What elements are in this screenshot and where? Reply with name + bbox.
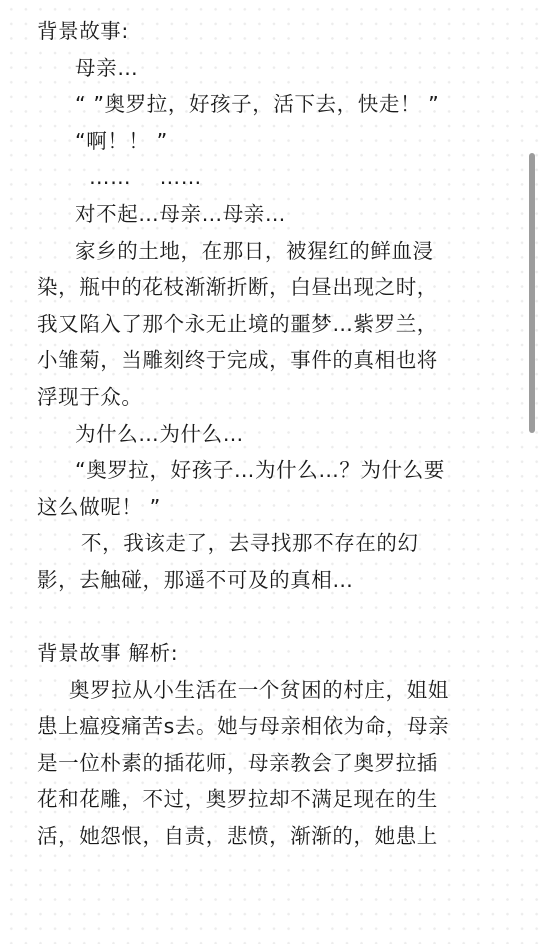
story-line: 我又陷入了那个永无止境的噩梦…紫罗兰， — [37, 306, 489, 343]
story-line: “ ”奥罗拉，好孩子，活下去，快走！ ” — [37, 86, 489, 123]
analysis-line: 奥罗拉从小生活在一个贫困的村庄，姐姐 — [37, 672, 489, 709]
story-line: “啊！！ ” — [37, 123, 489, 160]
story-line: 影，去触碰，那遥不可及的真相… — [37, 562, 489, 599]
story-line: 小雏菊，当雕刻终于完成，事件的真相也将 — [37, 342, 489, 379]
story-line: 不，我该走了，去寻找那不存在的幻 — [37, 525, 489, 562]
story-line: 母亲… — [37, 50, 489, 87]
story-heading: 背景故事: — [37, 13, 489, 50]
story-line: “奥罗拉，好孩子…为什么…？为什么要 — [37, 452, 489, 489]
story-line: 浮现于众。 — [37, 379, 489, 416]
story-line: 为什么…为什么… — [37, 416, 489, 453]
ellipsis-line: …… …… — [37, 159, 489, 196]
analysis-line: 活，她怨恨，自责，悲愤，渐渐的，她患上 — [37, 818, 489, 855]
document-body: 背景故事: 母亲… “ ”奥罗拉，好孩子，活下去，快走！ ” “啊！！ ” ……… — [37, 13, 489, 855]
analysis-line: 花和花雕，不过，奥罗拉却不满足现在的生 — [37, 781, 489, 818]
analysis-line: 是一位朴素的插花师，母亲教会了奥罗拉插 — [37, 745, 489, 782]
vertical-scrollbar[interactable] — [529, 153, 535, 433]
story-line: 家乡的土地，在那日，被猩红的鲜血浸 — [37, 233, 489, 270]
story-line: 对不起…母亲…母亲… — [37, 196, 489, 233]
story-line: 这么做呢！ ” — [37, 489, 489, 526]
analysis-line: 患上瘟疫痛苦s去。她与母亲相依为命，母亲 — [37, 708, 489, 745]
blank-line — [37, 599, 489, 636]
analysis-heading: 背景故事 解析: — [37, 635, 489, 672]
story-line: 染，瓶中的花枝渐渐折断，白昼出现之时， — [37, 269, 489, 306]
